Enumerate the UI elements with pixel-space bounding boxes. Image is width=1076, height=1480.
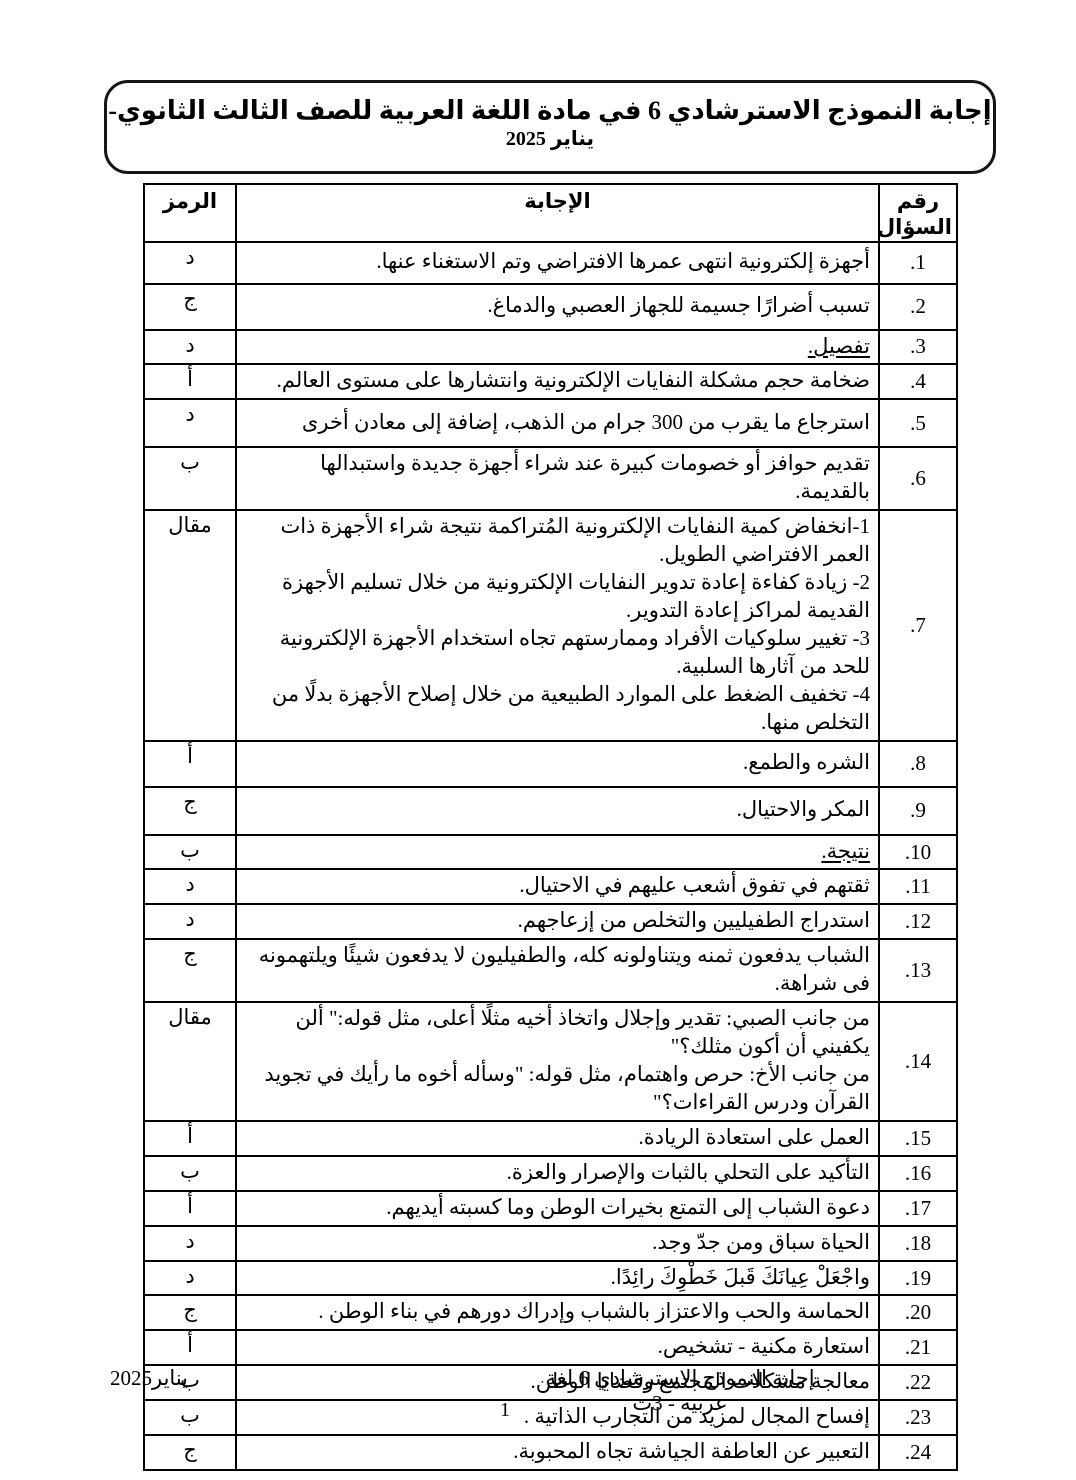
answer-cell: استعارة مكنية - تشخيص. [236, 1330, 879, 1365]
table-row: 4. ضخامة حجم مشكلة النفايات الإلكترونية … [144, 364, 957, 399]
answer-line: تقديم حوافز أو خصومات كبيرة عند شراء أجه… [241, 450, 870, 506]
answer-line: المكر والاحتيال. [241, 796, 870, 824]
symbol-cell: د [144, 1261, 236, 1296]
answer-cell: ضخامة حجم مشكلة النفايات الإلكترونية وان… [236, 364, 879, 399]
answer-line: من جانب الصبي: تقدير وإجلال واتخاذ أخيه … [241, 1005, 870, 1061]
table-row: 16. التأكيد على التحلي بالثبات والإصرار … [144, 1156, 957, 1191]
answer-line: ثقتهم في تفوق أشعب عليهم في الاحتيال. [241, 872, 870, 900]
question-number-cell: 11. [879, 869, 957, 904]
table-row: 19. واجْعَلْ عِيانَكَ قَبلَ خَطْوِكَ رائ… [144, 1261, 957, 1296]
table-row: 9. المكر والاحتيال. ج [144, 787, 957, 835]
answer-cell: تفصيل. [236, 330, 879, 365]
question-number-cell: 15. [879, 1121, 957, 1156]
answer-cell: الحماسة والحب والاعتزاز بالشباب وإدراك د… [236, 1295, 879, 1330]
answer-key-table: رقم السؤال الإجابة الرمز 1. أجهزة إلكترو… [143, 183, 958, 1471]
answer-line: من جانب الأخ: حرص واهتمام، مثل قوله: "وس… [241, 1061, 870, 1117]
answer-cell: العمل على استعادة الريادة. [236, 1121, 879, 1156]
answer-line: 2- زيادة كفاءة إعادة تدوير النفايات الإل… [241, 569, 870, 625]
table-row: 13. الشباب يدفعون ثمنه ويتناولونه كله، و… [144, 939, 957, 1002]
answer-cell: ثقتهم في تفوق أشعب عليهم في الاحتيال. [236, 869, 879, 904]
exam-title-box: إجابة النموذج الاسترشادي 6 في مادة اللغة… [104, 80, 996, 174]
answer-line: التعبير عن العاطفة الجياشة تجاه المحبوبة… [241, 1438, 870, 1466]
symbol-cell: د [144, 869, 236, 904]
symbol-cell: مقال [144, 510, 236, 740]
question-number-cell: 8. [879, 741, 957, 787]
question-number-cell: 5. [879, 399, 957, 447]
symbol-cell: أ [144, 364, 236, 399]
symbol-cell: أ [144, 1121, 236, 1156]
table-row: 15. العمل على استعادة الريادة. أ [144, 1121, 957, 1156]
question-number-cell: 22. [879, 1365, 957, 1400]
table-row: 18. الحياة سباق ومن جدّ وجد. د [144, 1226, 957, 1261]
question-number-cell: 6. [879, 447, 957, 510]
answer-line: الحياة سباق ومن جدّ وجد. [241, 1229, 870, 1257]
answer-line: أجهزة إلكترونية انتهى عمرها الافتراضي وت… [241, 248, 870, 276]
answer-line: نتيجة. [241, 838, 870, 866]
symbol-cell: ب [144, 1156, 236, 1191]
question-number-cell: 20. [879, 1295, 957, 1330]
question-number-cell: 19. [879, 1261, 957, 1296]
answer-cell: استرجاع ما يقرب من 300 جرام من الذهب، إض… [236, 399, 879, 447]
symbol-cell: ب [144, 1400, 236, 1435]
symbol-cell: ب [144, 835, 236, 870]
table-row: 17. دعوة الشباب إلى التمتع بخيرات الوطن … [144, 1191, 957, 1226]
table-row: 14. من جانب الصبي: تقدير وإجلال واتخاذ أ… [144, 1002, 957, 1121]
symbol-cell: ج [144, 787, 236, 835]
symbol-cell: أ [144, 1330, 236, 1365]
question-number-cell: 4. [879, 364, 957, 399]
answer-line: تفصيل. [241, 333, 870, 361]
table-row: 21. استعارة مكنية - تشخيص. أ [144, 1330, 957, 1365]
table-row: 24. التعبير عن العاطفة الجياشة تجاه المح… [144, 1435, 957, 1470]
answer-cell: المكر والاحتيال. [236, 787, 879, 835]
table-row: 8. الشره والطمع. أ [144, 741, 957, 787]
exam-title-date: يناير 2025 [506, 128, 594, 150]
question-number-cell: 2. [879, 284, 957, 330]
symbol-cell: أ [144, 1191, 236, 1226]
answer-line: واجْعَلْ عِيانَكَ قَبلَ خَطْوِكَ رائِدًا… [241, 1264, 870, 1292]
symbol-cell: مقال [144, 1002, 236, 1121]
answer-line: الحماسة والحب والاعتزاز بالشباب وإدراك د… [241, 1298, 870, 1326]
table-row: 6. تقديم حوافز أو خصومات كبيرة عند شراء … [144, 447, 957, 510]
answer-cell: الشره والطمع. [236, 741, 879, 787]
answer-line: استرجاع ما يقرب من 300 جرام من الذهب، إض… [241, 409, 870, 437]
header-question-number: رقم السؤال [879, 184, 957, 242]
table-row: 20. الحماسة والحب والاعتزاز بالشباب وإدر… [144, 1295, 957, 1330]
symbol-cell: أ [144, 741, 236, 787]
symbol-cell: د [144, 904, 236, 939]
answer-cell: الشباب يدفعون ثمنه ويتناولونه كله، والطف… [236, 939, 879, 1002]
answer-line: استدراج الطفيليين والتخلص من إزعاجهم. [241, 907, 870, 935]
question-number-cell: 16. [879, 1156, 957, 1191]
question-number-cell: 9. [879, 787, 957, 835]
symbol-cell: د [144, 330, 236, 365]
header-answer: الإجابة [236, 184, 879, 242]
symbol-cell: ج [144, 1435, 236, 1470]
answer-cell: واجْعَلْ عِيانَكَ قَبلَ خَطْوِكَ رائِدًا… [236, 1261, 879, 1296]
symbol-cell: ج [144, 284, 236, 330]
question-number-cell: 1. [879, 242, 957, 284]
symbol-cell: ب [144, 447, 236, 510]
question-number-cell: 21. [879, 1330, 957, 1365]
table-row: 1. أجهزة إلكترونية انتهى عمرها الافتراضي… [144, 242, 957, 284]
footer-date: يناير2025 [110, 1366, 188, 1391]
symbol-cell: د [144, 242, 236, 284]
question-number-cell: 18. [879, 1226, 957, 1261]
exam-title: إجابة النموذج الاسترشادي 6 في مادة اللغة… [108, 96, 991, 125]
answer-cell: أجهزة إلكترونية انتهى عمرها الافتراضي وت… [236, 242, 879, 284]
table-header-row: رقم السؤال الإجابة الرمز [144, 184, 957, 242]
question-number-cell: 24. [879, 1435, 957, 1470]
question-number-cell: 12. [879, 904, 957, 939]
answer-cell: الحياة سباق ومن جدّ وجد. [236, 1226, 879, 1261]
table-row: 10. نتيجة. ب [144, 835, 957, 870]
answer-line: دعوة الشباب إلى التمتع بخيرات الوطن وما … [241, 1194, 870, 1222]
question-number-cell: 17. [879, 1191, 957, 1226]
table-row: 12. استدراج الطفيليين والتخلص من إزعاجهم… [144, 904, 957, 939]
header-symbol: الرمز [144, 184, 236, 242]
table-row: 3. تفصيل. د [144, 330, 957, 365]
table-row: 5. استرجاع ما يقرب من 300 جرام من الذهب،… [144, 399, 957, 447]
answer-line: تسبب أضرارًا جسيمة للجهاز العصبي والدماغ… [241, 292, 870, 320]
answer-line: العمل على استعادة الريادة. [241, 1124, 870, 1152]
footer-doc-name: إجابة النموذج الاسترشادي 6 لغة عربية - 3… [520, 1366, 840, 1416]
symbol-cell: ج [144, 939, 236, 1002]
answer-cell: استدراج الطفيليين والتخلص من إزعاجهم. [236, 904, 879, 939]
answer-cell: تقديم حوافز أو خصومات كبيرة عند شراء أجه… [236, 447, 879, 510]
answer-cell: 1-انخفاض كمية النفايات الإلكترونية المُت… [236, 510, 879, 740]
answer-key-page: إجابة النموذج الاسترشادي 6 في مادة اللغة… [0, 0, 1076, 1480]
answer-line: ضخامة حجم مشكلة النفايات الإلكترونية وان… [241, 367, 870, 395]
table-row: 7. 1-انخفاض كمية النفايات الإلكترونية ال… [144, 510, 957, 740]
page-number: 1 [490, 1399, 520, 1422]
table-row: 2. تسبب أضرارًا جسيمة للجهاز العصبي والد… [144, 284, 957, 330]
symbol-cell: د [144, 1226, 236, 1261]
question-number-cell: 23. [879, 1400, 957, 1435]
symbol-cell: د [144, 399, 236, 447]
answer-line: التأكيد على التحلي بالثبات والإصرار والع… [241, 1159, 870, 1187]
symbol-cell: ج [144, 1295, 236, 1330]
answer-cell: من جانب الصبي: تقدير وإجلال واتخاذ أخيه … [236, 1002, 879, 1121]
answer-line: الشباب يدفعون ثمنه ويتناولونه كله، والطف… [241, 942, 870, 998]
answer-line: 1-انخفاض كمية النفايات الإلكترونية المُت… [241, 513, 870, 569]
question-number-cell: 14. [879, 1002, 957, 1121]
table-row: 11. ثقتهم في تفوق أشعب عليهم في الاحتيال… [144, 869, 957, 904]
answer-cell: نتيجة. [236, 835, 879, 870]
question-number-cell: 13. [879, 939, 957, 1002]
question-number-cell: 10. [879, 835, 957, 870]
answer-cell: التأكيد على التحلي بالثبات والإصرار والع… [236, 1156, 879, 1191]
answer-cell: دعوة الشباب إلى التمتع بخيرات الوطن وما … [236, 1191, 879, 1226]
answer-cell: تسبب أضرارًا جسيمة للجهاز العصبي والدماغ… [236, 284, 879, 330]
answer-line: 4- تخفيف الضغط على الموارد الطبيعية من خ… [241, 681, 870, 737]
answer-line: 3- تغيير سلوكيات الأفراد وممارستهم تجاه … [241, 625, 870, 681]
question-number-cell: 7. [879, 510, 957, 740]
answer-cell: التعبير عن العاطفة الجياشة تجاه المحبوبة… [236, 1435, 879, 1470]
question-number-cell: 3. [879, 330, 957, 365]
answer-line: استعارة مكنية - تشخيص. [241, 1333, 870, 1361]
answer-line: الشره والطمع. [241, 749, 870, 777]
